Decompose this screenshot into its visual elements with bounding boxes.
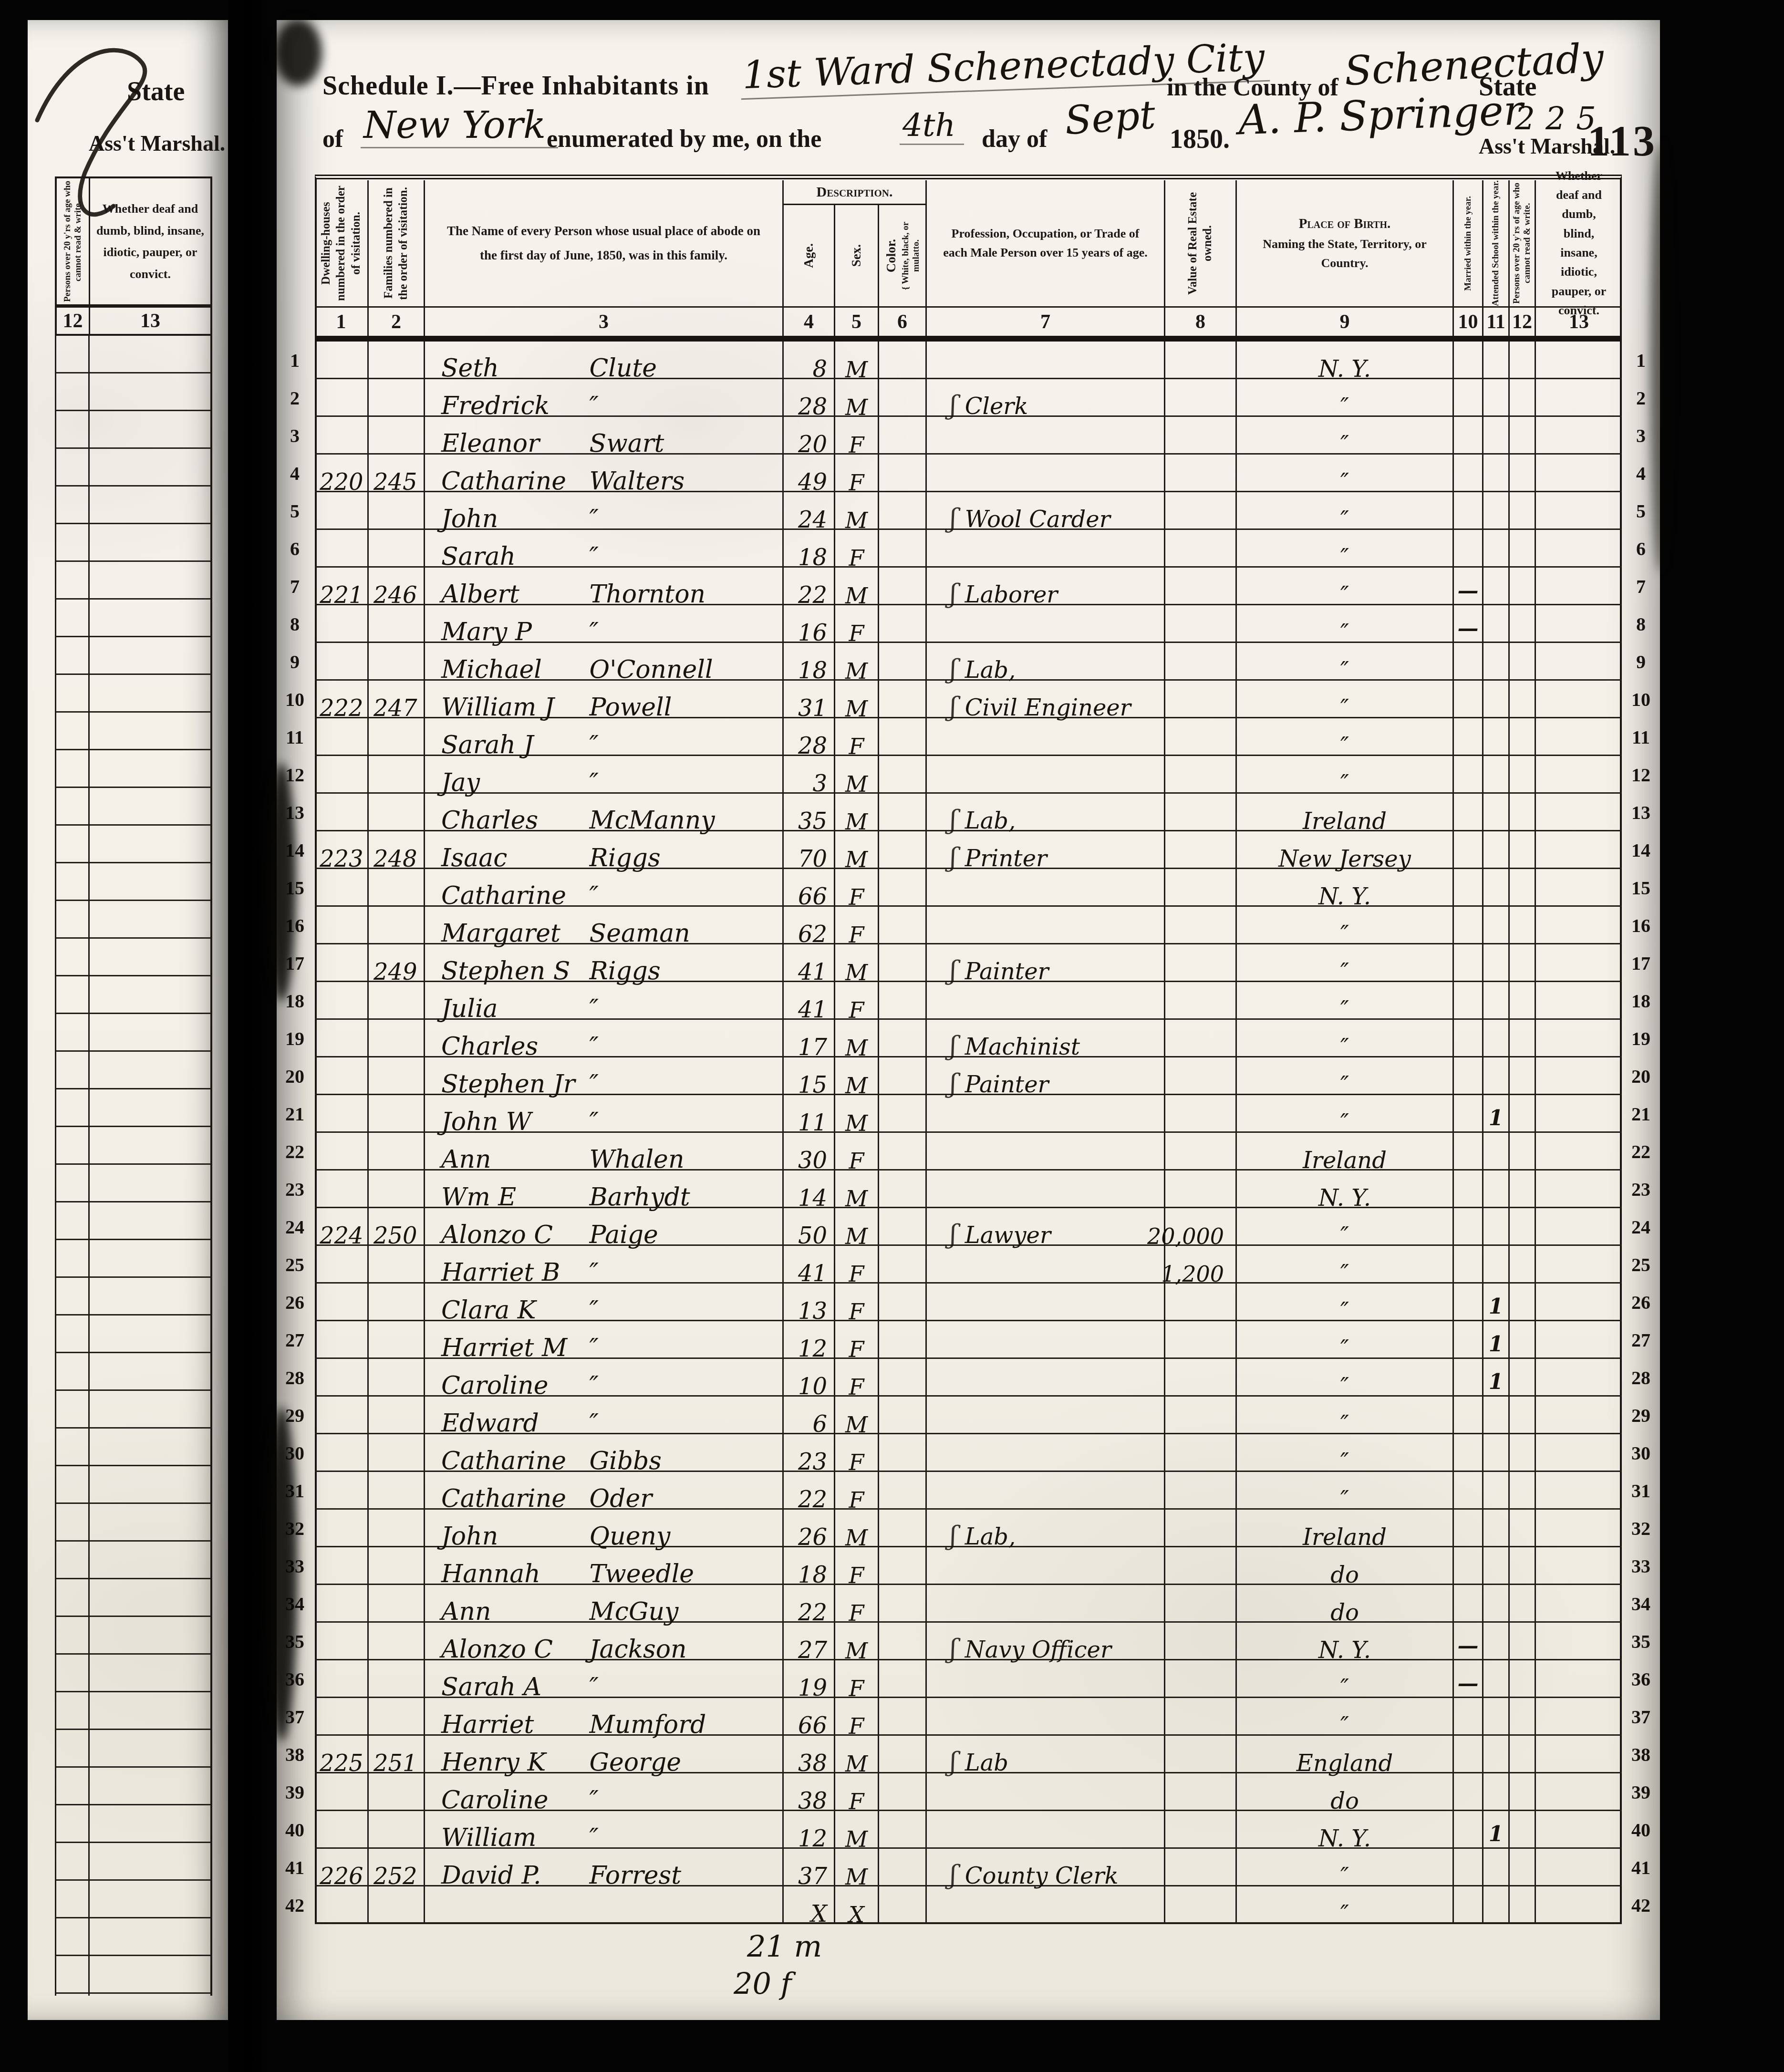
dwelling-cell: 225	[315, 1736, 367, 1772]
sex-cell: M	[834, 1736, 878, 1772]
birthplace-cell: ″	[1235, 1321, 1452, 1357]
surname: ″	[590, 1296, 599, 1325]
dwelling-cell	[315, 1057, 367, 1094]
color-cell	[878, 1660, 925, 1697]
surname: ″	[590, 731, 599, 759]
birthplace-cell: ″	[1235, 1886, 1452, 1923]
realestate-cell	[1164, 1095, 1235, 1131]
given-name: Henry K	[441, 1748, 546, 1777]
sex-value: M	[845, 1638, 868, 1664]
realestate-cell	[1164, 1660, 1235, 1697]
birthplace-value: ″	[1340, 1109, 1349, 1136]
color-cell	[878, 1510, 925, 1546]
column-header-families-text: Families numbered in the order of visita…	[381, 180, 411, 306]
age-cell: 41	[782, 1246, 834, 1282]
married-cell	[1452, 831, 1482, 868]
birthplace-value: ″	[1340, 733, 1349, 759]
given-name: John	[441, 505, 498, 533]
table-row: 220 245 CatharineWalters 49 F ″	[315, 455, 1622, 492]
dwelling-cell	[315, 643, 367, 679]
name-cell: Caroline″	[424, 1359, 782, 1395]
row-number-left: 2	[278, 387, 312, 409]
given-name: Harriet M	[441, 1334, 567, 1362]
age-cell: 41	[782, 982, 834, 1018]
column-header-color: Color. White, black, or mulatto.	[878, 205, 925, 306]
family-cell	[367, 379, 424, 415]
realestate-cell	[1164, 907, 1235, 943]
birthplace-cell: ″	[1235, 1660, 1452, 1697]
occupation-cell: Lab,	[925, 1510, 1164, 1546]
school-cell	[1482, 530, 1508, 566]
row-number-right: 15	[1624, 877, 1658, 899]
color-cell	[878, 907, 925, 943]
school-cell	[1482, 1698, 1508, 1734]
married-cell	[1452, 379, 1482, 415]
school-cell	[1482, 1133, 1508, 1169]
color-cell	[878, 342, 925, 378]
school-cell: 1	[1482, 1284, 1508, 1320]
occupation-cell	[925, 907, 1164, 943]
age-cell: 26	[782, 1510, 834, 1546]
cannotread-cell	[1508, 944, 1535, 981]
birthplace-value: ″	[1340, 1449, 1349, 1475]
birthplace-cell: ″	[1235, 681, 1452, 717]
occupation-value: Wool Carder	[950, 503, 1110, 533]
table-row: CatharineOder 22 F ″	[315, 1472, 1622, 1510]
color-cell	[878, 492, 925, 528]
dwelling-cell	[315, 1171, 367, 1207]
married-cell	[1452, 982, 1482, 1018]
surname: ″	[590, 768, 599, 797]
dwelling-number: 223	[320, 846, 363, 872]
age-value: 28	[798, 733, 827, 759]
given-name: Charles	[441, 806, 538, 835]
birthplace-cell: ″	[1235, 417, 1452, 453]
dwelling-cell: 223	[315, 831, 367, 868]
table-row: William″ 12 M N. Y. 1	[315, 1811, 1622, 1849]
married-cell	[1452, 455, 1482, 491]
married-cell	[1452, 492, 1482, 528]
sex-value: M	[845, 1186, 868, 1212]
color-cell	[878, 1057, 925, 1094]
name-cell: Fredrick″	[424, 379, 782, 415]
sex-cell: M	[834, 1095, 878, 1131]
sex-cell: F	[834, 530, 878, 566]
given-name: Alonzo C	[441, 1635, 553, 1664]
family-cell	[367, 643, 424, 679]
table-row: 221 246 AlbertThornton 22 M Laborer ″ —	[315, 568, 1622, 605]
name-cell: Catharine″	[424, 869, 782, 905]
occupation-cell: Wool Carder	[925, 492, 1164, 528]
row-number-left: 39	[278, 1781, 312, 1803]
dwelling-cell	[315, 1623, 367, 1659]
cannotread-cell	[1508, 1623, 1535, 1659]
school-cell	[1482, 1660, 1508, 1697]
birthplace-cell: Ireland	[1235, 794, 1452, 830]
married-cell	[1452, 1849, 1482, 1885]
surname: Whalen	[590, 1145, 685, 1174]
name-cell: David P.Forrest	[424, 1849, 782, 1885]
color-cell	[878, 1547, 925, 1584]
married-cell	[1452, 1698, 1482, 1734]
given-name: Margaret	[441, 919, 560, 948]
age-cell: 18	[782, 530, 834, 566]
sex-cell: F	[834, 869, 878, 905]
married-cell	[1452, 1095, 1482, 1131]
family-cell	[367, 1585, 424, 1621]
birthplace-cell: ″	[1235, 1057, 1452, 1094]
column-number-8: 8	[1164, 306, 1235, 336]
birthplace-value: do	[1330, 1788, 1359, 1814]
surname: ″	[590, 505, 599, 533]
birthplace-value: Ireland	[1303, 808, 1387, 835]
dwelling-cell	[315, 1246, 367, 1282]
age-value: 16	[798, 620, 827, 646]
surname: Gibbs	[590, 1447, 662, 1475]
given-name: Albert	[441, 580, 519, 609]
age-cell: 18	[782, 1547, 834, 1584]
family-cell: 250	[367, 1208, 424, 1244]
sex-cell: F	[834, 1773, 878, 1810]
name-cell: Alonzo CPaige	[424, 1208, 782, 1244]
sex-value: F	[849, 1374, 864, 1400]
occupation-cell: Navy Officer	[925, 1623, 1164, 1659]
realestate-cell	[1164, 1397, 1235, 1433]
age-value: 66	[798, 1712, 827, 1739]
column-number-12: 12	[1508, 306, 1535, 336]
occupation-value: County Clerk	[950, 1860, 1118, 1890]
age-value: 22	[798, 1486, 827, 1513]
school-cell	[1482, 756, 1508, 792]
name-cell: Wm EBarhydt	[424, 1171, 782, 1207]
dwelling-cell	[315, 1284, 367, 1320]
realestate-value: 20,000	[1147, 1223, 1224, 1249]
table-row: Charles″ 17 M Machinist ″	[315, 1020, 1622, 1057]
sex-cell: M	[834, 681, 878, 717]
surname: ″	[590, 1070, 599, 1098]
age-cell: 11	[782, 1095, 834, 1131]
married-cell	[1452, 944, 1482, 981]
condition-cell	[1535, 681, 1622, 717]
table-row: HannahTweedle 18 F do	[315, 1547, 1622, 1585]
column-header-birth: Place of Birth. Naming the State, Territ…	[1235, 180, 1452, 306]
census-rows: SethClute 8 M N. Y. Fredrick″ 28 M Clerk…	[315, 336, 1622, 1924]
age-cell: 41	[782, 944, 834, 981]
name-cell: EleanorSwart	[424, 417, 782, 453]
family-number: 250	[373, 1222, 417, 1249]
given-name: Stephen Jr	[441, 1070, 575, 1098]
page-number: 113	[1587, 115, 1657, 166]
age-value: 18	[798, 1562, 827, 1588]
cannotread-cell	[1508, 605, 1535, 642]
given-name: Caroline	[441, 1786, 548, 1814]
name-cell: Julia″	[424, 982, 782, 1018]
married-cell	[1452, 1547, 1482, 1584]
occupation-cell: Lab	[925, 1736, 1164, 1772]
occupation-value: Painter	[950, 955, 1049, 985]
school-cell	[1482, 1547, 1508, 1584]
cannotread-cell	[1508, 1095, 1535, 1131]
birthplace-cell: N. Y.	[1235, 1171, 1452, 1207]
cannotread-cell	[1508, 756, 1535, 792]
married-cell	[1452, 1585, 1482, 1621]
cannotread-cell	[1508, 492, 1535, 528]
married-cell	[1452, 794, 1482, 830]
dwelling-cell	[315, 492, 367, 528]
cannotread-cell	[1508, 342, 1535, 378]
column-number-2: 2	[367, 306, 424, 336]
row-number-right: 16	[1624, 914, 1658, 937]
surname: ″	[590, 1108, 599, 1136]
cannotread-cell	[1508, 1736, 1535, 1772]
sex-cell: M	[834, 831, 878, 868]
birthplace-value: ″	[1340, 657, 1349, 684]
occupation-cell	[925, 718, 1164, 755]
row-number-right: 23	[1624, 1178, 1658, 1201]
sex-value: M	[845, 1110, 868, 1136]
row-number-left: 24	[278, 1216, 312, 1238]
dwelling-cell	[315, 794, 367, 830]
school-cell	[1482, 342, 1508, 378]
birthplace-value: N. Y.	[1318, 1637, 1371, 1664]
condition-cell	[1535, 1284, 1622, 1320]
surname: Walters	[590, 467, 685, 496]
family-cell	[367, 1246, 424, 1282]
cannotread-cell	[1508, 907, 1535, 943]
column-header-birth-title: Place of Birth.	[1299, 216, 1391, 231]
row-number-right: 13	[1624, 801, 1658, 824]
married-cell	[1452, 530, 1482, 566]
age-cell: 3	[782, 756, 834, 792]
surname: O'Connell	[590, 655, 713, 684]
cannotread-cell	[1508, 1811, 1535, 1847]
school-cell: 1	[1482, 1095, 1508, 1131]
surname: Thornton	[590, 580, 706, 609]
family-cell	[367, 794, 424, 830]
dwelling-cell	[315, 1434, 367, 1471]
married-cell	[1452, 1736, 1482, 1772]
surname: Clute	[590, 354, 657, 383]
dwelling-cell: 224	[315, 1208, 367, 1244]
realestate-cell: 1,200	[1164, 1246, 1235, 1282]
sex-cell: X	[834, 1886, 878, 1923]
age-cell: 16	[782, 605, 834, 642]
row-number-right: 37	[1624, 1706, 1658, 1728]
birthplace-value: ″	[1340, 1411, 1349, 1438]
sex-cell: M	[834, 1397, 878, 1433]
sex-value: F	[849, 734, 864, 759]
dwelling-cell	[315, 530, 367, 566]
occupation-value: Lab,	[950, 1521, 1016, 1551]
family-cell: 252	[367, 1849, 424, 1885]
binding-smudge	[266, 1407, 297, 1741]
dwelling-cell	[315, 982, 367, 1018]
given-name: Alonzo C	[441, 1221, 553, 1249]
cannotread-cell	[1508, 1849, 1535, 1885]
realestate-cell	[1164, 718, 1235, 755]
column-header-color-text: Color.	[883, 239, 900, 272]
column-header-name: The Name of every Person whose usual pla…	[424, 180, 782, 306]
dwelling-number: 220	[320, 469, 363, 496]
given-name: William J	[441, 693, 554, 722]
realestate-cell	[1164, 1585, 1235, 1621]
realestate-cell	[1164, 568, 1235, 604]
family-cell	[367, 1284, 424, 1320]
condition-cell	[1535, 1660, 1622, 1697]
name-cell: Stephen Jr″	[424, 1057, 782, 1094]
occupation-value: Lab,	[950, 654, 1016, 684]
school-cell	[1482, 1773, 1508, 1810]
birthplace-cell: ″	[1235, 1397, 1452, 1433]
occupation-cell	[925, 1660, 1164, 1697]
day-written: 4th	[900, 107, 964, 145]
column-number-5: 5	[834, 306, 878, 336]
given-name: Sarah A	[441, 1673, 541, 1701]
condition-cell	[1535, 1547, 1622, 1584]
sex-cell: M	[834, 379, 878, 415]
age-value: 62	[798, 921, 827, 948]
sex-value: M	[845, 771, 868, 797]
married-mark: —	[1458, 1634, 1479, 1658]
given-name: Harriet	[441, 1710, 534, 1739]
cannotread-cell	[1508, 1510, 1535, 1546]
birthplace-cell: ″	[1235, 718, 1452, 755]
cannotread-cell	[1508, 1397, 1535, 1433]
birthplace-value: ″	[1340, 620, 1349, 646]
table-row: Wm EBarhydt 14 M N. Y.	[315, 1171, 1622, 1208]
surname: Paige	[590, 1221, 658, 1249]
occupation-value: Clerk	[950, 390, 1028, 420]
row-number-left: 1	[278, 349, 312, 372]
birthplace-cell: ″	[1235, 492, 1452, 528]
family-cell	[367, 1472, 424, 1508]
occupation-value: Painter	[950, 1068, 1049, 1098]
age-cell: 17	[782, 1020, 834, 1056]
married-cell	[1452, 417, 1482, 453]
cannotread-cell	[1508, 417, 1535, 453]
sex-cell: F	[834, 718, 878, 755]
cannotread-cell	[1508, 1698, 1535, 1734]
age-cell: 20	[782, 417, 834, 453]
condition-cell	[1535, 455, 1622, 491]
sex-cell: F	[834, 982, 878, 1018]
dwelling-cell	[315, 605, 367, 642]
color-cell	[878, 1095, 925, 1131]
row-number-right: 19	[1624, 1027, 1658, 1050]
school-cell	[1482, 907, 1508, 943]
family-cell: 247	[367, 681, 424, 717]
school-cell	[1482, 605, 1508, 642]
row-number-left: 10	[278, 688, 312, 711]
family-cell	[367, 1547, 424, 1584]
sex-cell: M	[834, 1057, 878, 1094]
color-cell	[878, 417, 925, 453]
birthplace-cell: N. Y.	[1235, 342, 1452, 378]
sex-cell: F	[834, 1434, 878, 1471]
sex-cell: M	[834, 1208, 878, 1244]
row-number-right: 34	[1624, 1593, 1658, 1615]
age-value: 17	[798, 1034, 827, 1061]
cannotread-cell	[1508, 1057, 1535, 1094]
surname: McGuy	[590, 1597, 679, 1626]
birthplace-cell: N. Y.	[1235, 1623, 1452, 1659]
given-name: Fredrick	[441, 392, 550, 420]
school-mark: 1	[1489, 1295, 1504, 1319]
school-cell	[1482, 1020, 1508, 1056]
realestate-cell	[1164, 1171, 1235, 1207]
row-number-right: 28	[1624, 1367, 1658, 1389]
sex-value: M	[845, 1412, 868, 1438]
married-mark: —	[1458, 1671, 1479, 1696]
age-value: 41	[798, 1260, 827, 1287]
color-cell	[878, 530, 925, 566]
given-name: Catharine	[441, 1447, 566, 1475]
color-cell	[878, 605, 925, 642]
condition-cell	[1535, 1736, 1622, 1772]
occupation-value: Laborer	[950, 579, 1058, 609]
given-name: Michael	[441, 655, 542, 684]
table-row: Julia″ 41 F ″	[315, 982, 1622, 1020]
column-number-11: 11	[1482, 306, 1508, 336]
column-header-school: Attended School within the year.	[1482, 180, 1508, 306]
name-cell: Henry KGeorge	[424, 1736, 782, 1772]
color-cell	[878, 1171, 925, 1207]
occupation-cell: Machinist	[925, 1020, 1164, 1056]
row-number-right: 25	[1624, 1254, 1658, 1276]
table-row: 224 250 Alonzo CPaige 50 M Lawyer 20,000…	[315, 1208, 1622, 1246]
column-header-birth-sub: Naming the State, Territory, or Country.	[1263, 237, 1427, 270]
column-header-married-text: Married within the year.	[1463, 196, 1473, 291]
row-number-right: 24	[1624, 1216, 1658, 1238]
color-cell	[878, 1811, 925, 1847]
school-cell	[1482, 982, 1508, 1018]
occupation-cell: Laborer	[925, 568, 1164, 604]
occupation-cell	[925, 1434, 1164, 1471]
age-cell: 28	[782, 379, 834, 415]
condition-cell	[1535, 1849, 1622, 1885]
surname: George	[590, 1748, 682, 1777]
color-cell	[878, 1246, 925, 1282]
sex-cell: M	[834, 794, 878, 830]
table-row: Clara K″ 13 F ″ 1	[315, 1284, 1622, 1321]
color-cell	[878, 1397, 925, 1433]
sex-value: F	[849, 1600, 864, 1626]
condition-cell	[1535, 605, 1622, 642]
age-cell: 12	[782, 1321, 834, 1357]
realestate-cell	[1164, 1623, 1235, 1659]
sex-cell: M	[834, 1171, 878, 1207]
column-header-condition: Whether deaf and dumb, blind, insane, id…	[1535, 180, 1622, 306]
dwelling-cell	[315, 944, 367, 981]
table-row: Jay″ 3 M ″	[315, 756, 1622, 794]
given-name: David P.	[441, 1861, 541, 1890]
left-column-numbers: 12 13	[55, 306, 212, 336]
sex-value: F	[849, 1450, 864, 1475]
birthplace-cell: ″	[1235, 1095, 1452, 1131]
name-cell: AnnWhalen	[424, 1133, 782, 1169]
birthplace-cell: ″	[1235, 1246, 1452, 1282]
row-number-right: 38	[1624, 1743, 1658, 1766]
age-value: 15	[798, 1072, 827, 1098]
birthplace-cell: Ireland	[1235, 1133, 1452, 1169]
birthplace-value: N. Y.	[1318, 356, 1371, 383]
given-name: John	[441, 1522, 498, 1551]
color-cell	[878, 1208, 925, 1244]
row-number-left: 22	[278, 1140, 312, 1163]
age-cell: 22	[782, 1585, 834, 1621]
name-cell: Mary P″	[424, 605, 782, 642]
column-header-dwelling-text: Dwelling-houses numbered in the order of…	[319, 180, 363, 306]
